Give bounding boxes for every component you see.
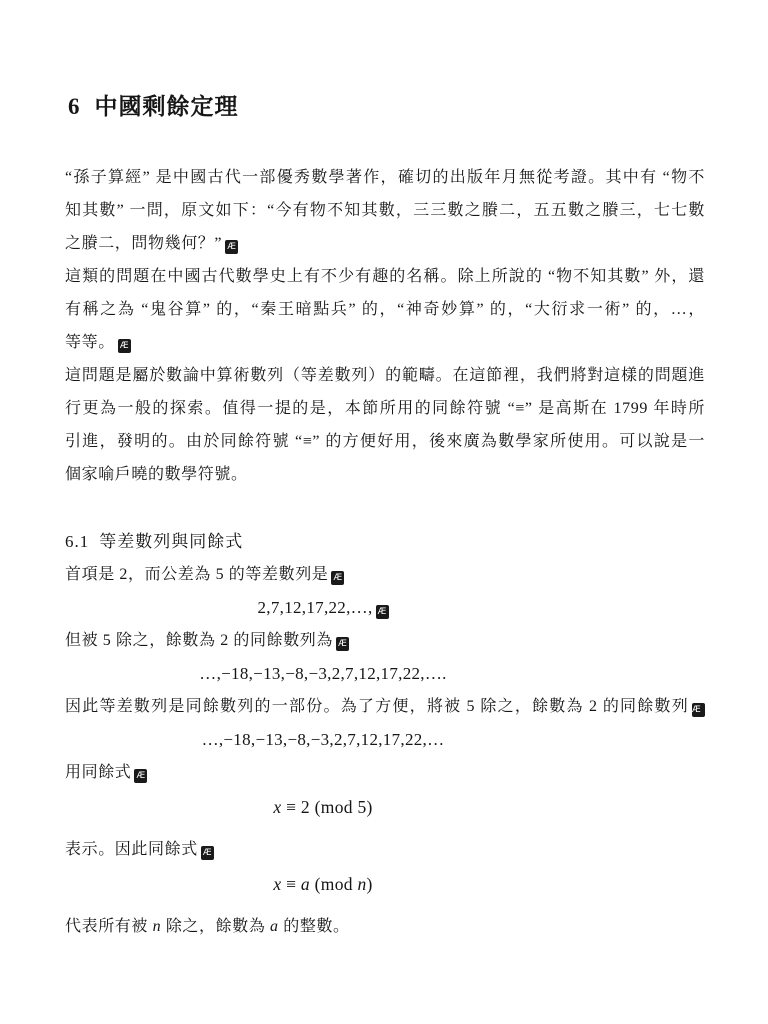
math-formula: …,−18,−13,−8,−3,2,7,12,17,22,…	[65, 723, 581, 756]
text-run: 用同餘式	[65, 764, 131, 781]
text-run: 等等。	[65, 334, 115, 351]
eol-marker-icon: Æ	[134, 769, 147, 783]
text-run: 的整數。	[279, 918, 350, 935]
text-run: 之賸二，問物幾何？”	[65, 235, 222, 252]
math-formula: x ≡ a (mod n)	[65, 868, 581, 901]
text-line: 等等。Æ	[65, 326, 705, 359]
math-variable: a	[270, 918, 279, 935]
eol-marker-icon: Æ	[336, 637, 349, 651]
document-page: 6中國剩餘定理 “孫子算經” 是中國古代一部優秀數學著作，確切的出版年月無從考證…	[0, 0, 768, 1024]
text-line: 之賸二，問物幾何？”Æ	[65, 227, 705, 260]
math-variable: n	[153, 918, 162, 935]
text-run: 代表所有被	[65, 918, 153, 935]
text-run: 但被 5 除之，餘數為 2 的同餘數列為	[65, 632, 333, 649]
text-line: 因此等差數列是同餘數列的一部份。為了方便，將被 5 除之，餘數為 2 的同餘數列…	[65, 690, 705, 723]
math-variable: a	[301, 874, 310, 894]
text-run: )	[367, 874, 373, 894]
text-line: 首項是 2，而公差為 5 的等差數列是Æ	[65, 558, 705, 591]
math-formula: …,−18,−13,−8,−3,2,7,12,17,22,….	[65, 657, 581, 690]
paragraph: 這問題是屬於數論中算術數列（等差數列）的範疇。在這節裡，我們將對這樣的問題進行更…	[65, 359, 705, 491]
text-run: 引進，發明的。由於同餘符號 “≡” 的方便好用，後來廣為數學家所使用。可以說是一	[65, 433, 705, 450]
text-run: 表示。因此同餘式	[65, 841, 198, 858]
section-title-text: 等差數列與同餘式	[99, 532, 243, 551]
text-run: …,−18,−13,−8,−3,2,7,12,17,22,…	[202, 730, 445, 749]
chapter-title: 6中國剩餘定理	[68, 92, 705, 122]
text-run: 這問題是屬於數論中算術數列（等差數列）的範疇。在這節裡，我們將對這樣的問題進	[65, 367, 705, 384]
text-run: 因此等差數列是同餘數列的一部份。為了方便，將被 5 除之，餘數為 2 的同餘數列	[65, 698, 689, 715]
text-run: (mod	[310, 874, 358, 894]
text-line: 表示。因此同餘式Æ	[65, 833, 705, 866]
text-run: 2,7,12,17,22,…,	[258, 598, 373, 617]
paragraph: “孫子算經” 是中國古代一部優秀數學著作，確切的出版年月無從考證。其中有 “物不…	[65, 161, 705, 260]
math-formula: 2,7,12,17,22,…,Æ	[65, 591, 581, 624]
text-line: 引進，發明的。由於同餘符號 “≡” 的方便好用，後來廣為數學家所使用。可以說是一	[65, 425, 705, 458]
text-run: 個家喻戶曉的數學符號。	[65, 466, 248, 483]
text-line: 行更為一般的探索。值得一提的是，本節所用的同餘符號 “≡” 是高斯在 1799 …	[65, 392, 705, 425]
eol-marker-icon: Æ	[225, 240, 238, 254]
text-line: 知其數” 一問，原文如下：“今有物不知其數，三三數之賸二，五五數之賸三，七七數	[65, 194, 705, 227]
math-formula: x ≡ 2 (mod 5)	[65, 791, 581, 824]
text-line: 有稱之為 “鬼谷算” 的，“秦王暗點兵” 的，“神奇妙算” 的，“大衍求一術” …	[65, 293, 705, 326]
paragraph: 這類的問題在中國古代數學史上有不少有趣的名稱。除上所說的 “物不知其數” 外，還…	[65, 260, 705, 359]
eol-marker-icon: Æ	[376, 605, 389, 619]
document-content: 6中國剩餘定理 “孫子算經” 是中國古代一部優秀數學著作，確切的出版年月無從考證…	[65, 0, 705, 943]
text-line: 這類的問題在中國古代數學史上有不少有趣的名稱。除上所說的 “物不知其數” 外，還	[65, 260, 705, 293]
eol-marker-icon: Æ	[692, 703, 705, 717]
chapter-number: 6	[68, 94, 81, 119]
text-run: ≡ 2 (mod 5)	[281, 797, 372, 817]
document-body: “孫子算經” 是中國古代一部優秀數學著作，確切的出版年月無從考證。其中有 “物不…	[65, 161, 705, 943]
chapter-title-text: 中國剩餘定理	[95, 94, 239, 119]
text-run: 知其數” 一問，原文如下：“今有物不知其數，三三數之賸二，五五數之賸三，七七數	[65, 202, 705, 219]
text-run: 有稱之為 “鬼谷算” 的，“秦王暗點兵” 的，“神奇妙算” 的，“大衍求一術” …	[65, 301, 705, 318]
text-line: 但被 5 除之，餘數為 2 的同餘數列為Æ	[65, 624, 705, 657]
text-run: 除之，餘數為	[161, 918, 270, 935]
text-line: “孫子算經” 是中國古代一部優秀數學著作，確切的出版年月無從考證。其中有 “物不	[65, 161, 705, 194]
section-number: 6.1	[65, 532, 89, 551]
text-run: “孫子算經” 是中國古代一部優秀數學著作，確切的出版年月無從考證。其中有 “物不	[65, 169, 705, 186]
text-line: 代表所有被 n 除之，餘數為 a 的整數。	[65, 910, 705, 943]
eol-marker-icon: Æ	[201, 846, 214, 860]
text-run: 行更為一般的探索。值得一提的是，本節所用的同餘符號 “≡” 是高斯在 1799 …	[65, 400, 705, 417]
section-heading: 6.1等差數列與同餘式	[65, 525, 705, 558]
text-line: 這問題是屬於數論中算術數列（等差數列）的範疇。在這節裡，我們將對這樣的問題進	[65, 359, 705, 392]
math-variable: n	[357, 874, 366, 894]
eol-marker-icon: Æ	[118, 339, 131, 353]
text-line: 用同餘式Æ	[65, 756, 705, 789]
eol-marker-icon: Æ	[331, 571, 344, 585]
text-run: 這類的問題在中國古代數學史上有不少有趣的名稱。除上所說的 “物不知其數” 外，還	[65, 268, 705, 285]
text-run: …,−18,−13,−8,−3,2,7,12,17,22,….	[199, 664, 446, 683]
text-run: 首項是 2，而公差為 5 的等差數列是	[65, 566, 328, 583]
text-line: 個家喻戶曉的數學符號。	[65, 458, 705, 491]
text-run: ≡	[281, 874, 301, 894]
